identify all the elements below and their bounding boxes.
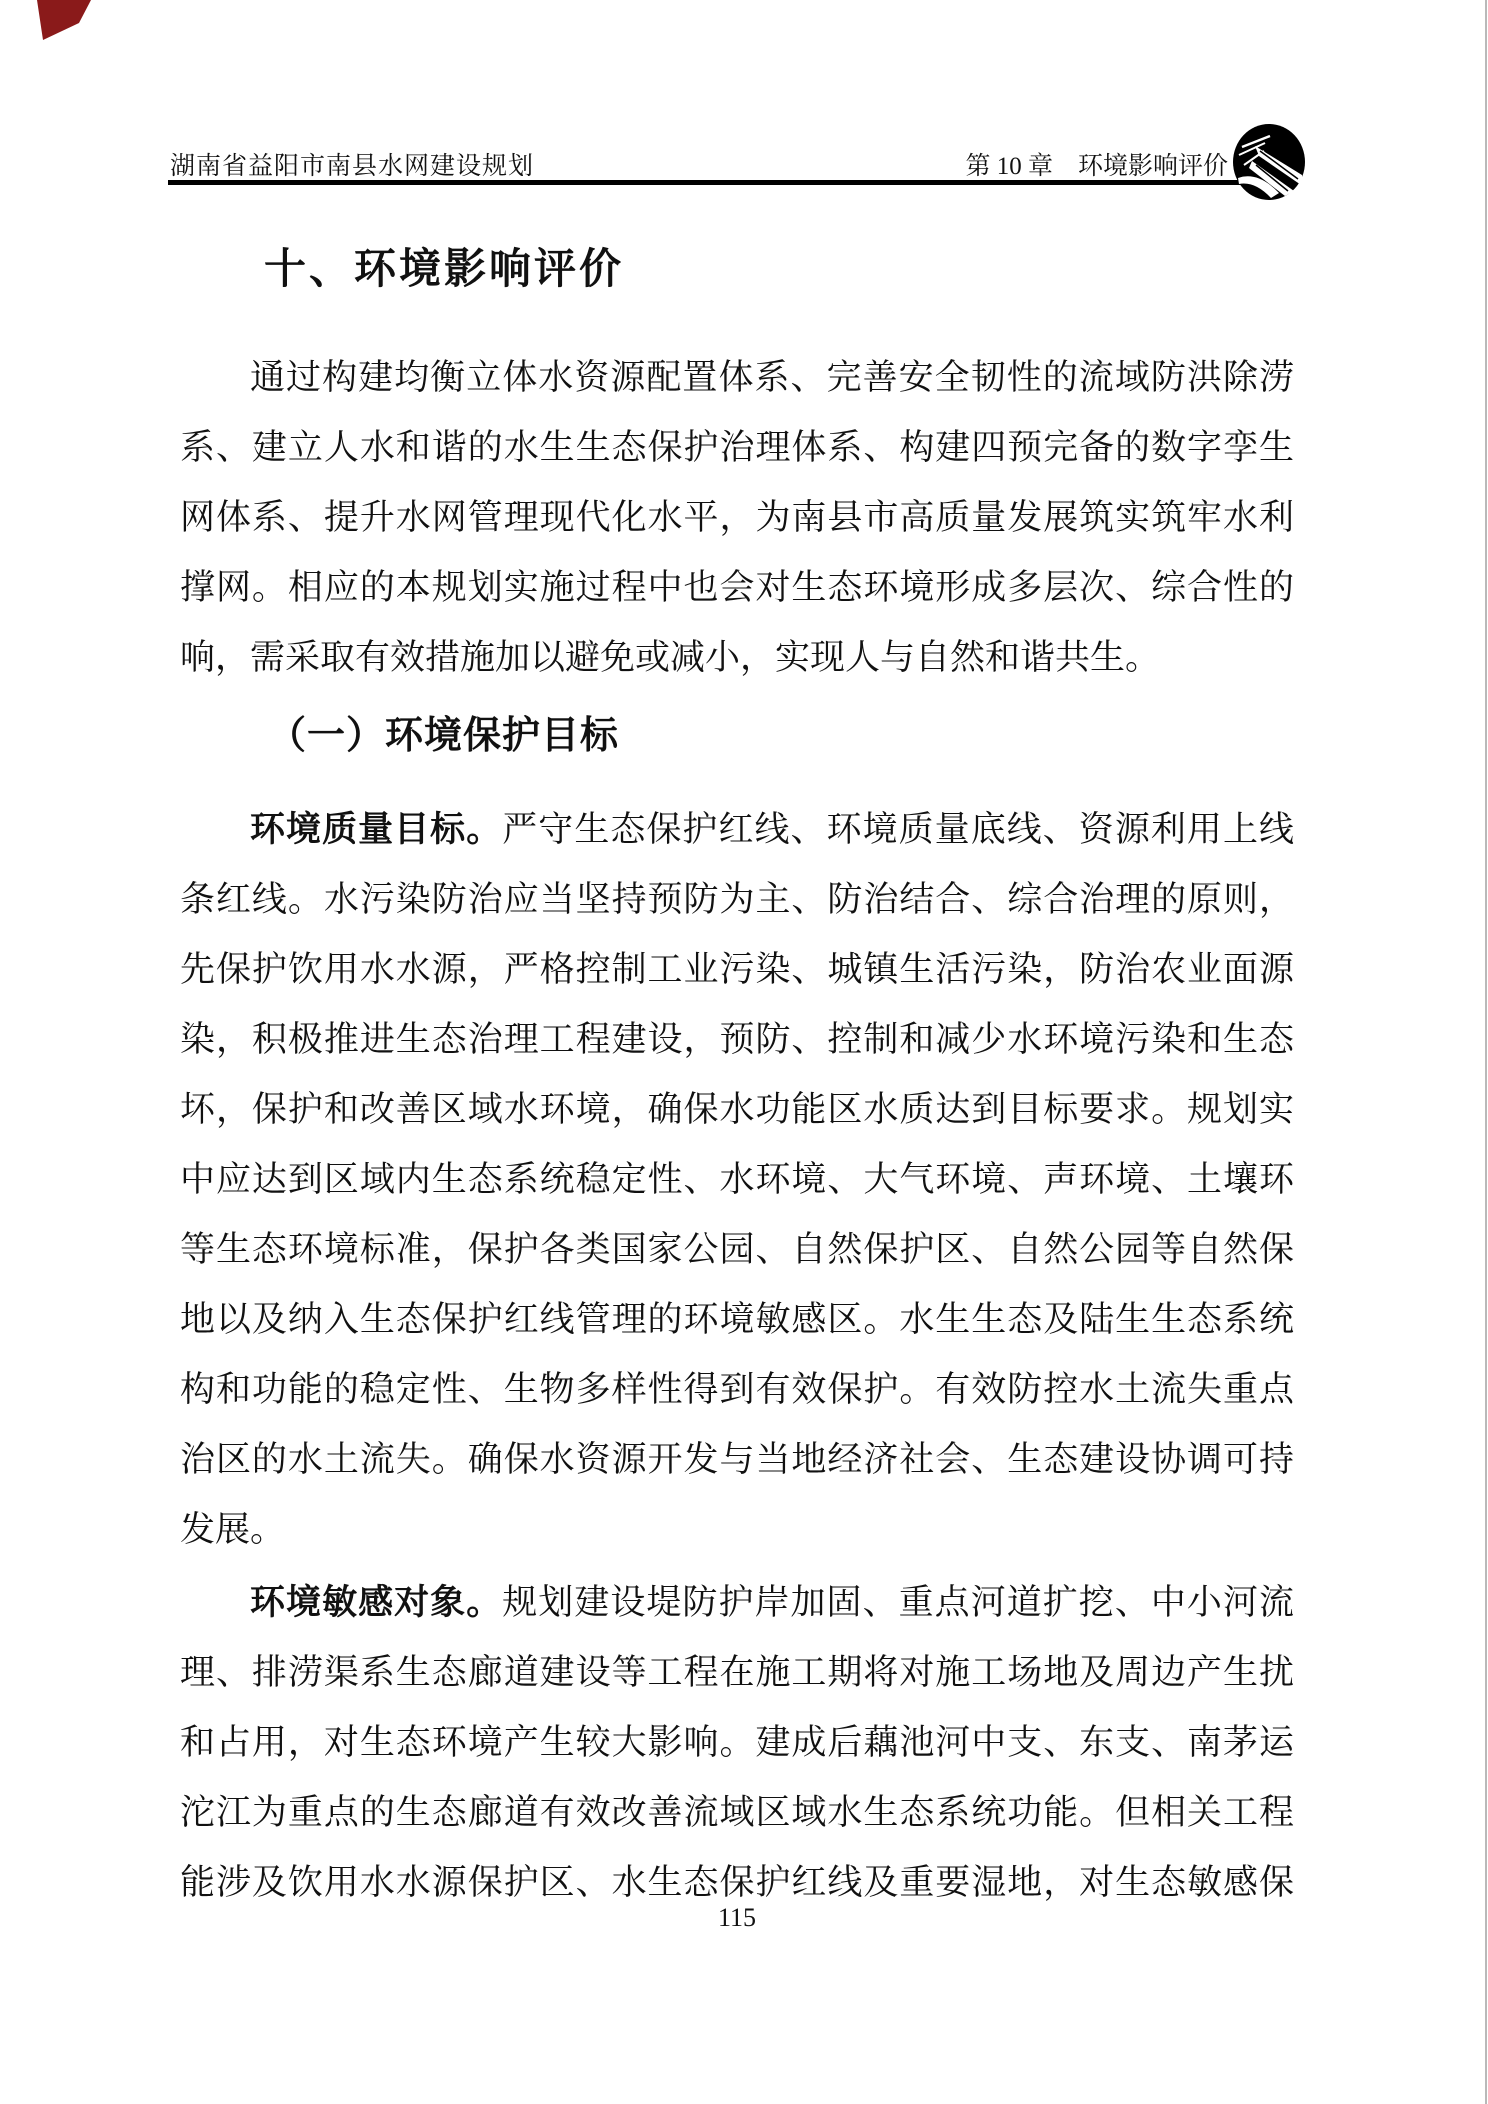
content: 十、环境影响评价通过构建均衡立体水资源配置体系、完善安全韧性的流域防洪除涝体系、… bbox=[180, 243, 1294, 1918]
paragraph: 通过构建均衡立体水资源配置体系、完善安全韧性的流域防洪除涝体系、建立人水和谐的水… bbox=[180, 343, 1294, 693]
paragraph: 环境敏感对象。规划建设堤防护岸加固、重点河道扩挖、中小河流治理、排涝渠系生态廊道… bbox=[180, 1568, 1294, 1918]
body-line: 中应达到区域内生态系统稳定性、水环境、大气环境、声环境、土壤环境 bbox=[180, 1145, 1294, 1215]
body-line: 治区的水土流失。确保水资源开发与当地经济社会、生态建设协调可持续 bbox=[180, 1425, 1294, 1495]
body-line: 条红线。水污染防治应当坚持预防为主、防治结合、综合治理的原则，优 bbox=[180, 865, 1294, 935]
page-number: 115 bbox=[180, 1903, 1294, 1933]
bold-lead: 环境敏感对象。 bbox=[250, 1583, 502, 1622]
road-logo-icon bbox=[1232, 123, 1306, 201]
body-line: 坏，保护和改善区域水环境，确保水功能区水质达到目标要求。规划实施 bbox=[180, 1075, 1294, 1145]
header-right-text: 第 10 章 环境影响评价 bbox=[0, 146, 1228, 182]
red-corner-mark-icon bbox=[33, 0, 95, 40]
body-line: 地以及纳入生态保护红线管理的环境敏感区。水生生态及陆生生态系统结 bbox=[180, 1285, 1294, 1355]
body-line: 理、排涝渠系生态廊道建设等工程在施工期将对施工场地及周边产生扰动 bbox=[180, 1638, 1294, 1708]
body-line: 等生态环境标准，保护各类国家公园、自然保护区、自然公园等自然保护 bbox=[180, 1215, 1294, 1285]
body-line: 发展。 bbox=[180, 1495, 1294, 1565]
section-heading: （一）环境保护目标 bbox=[268, 712, 1294, 760]
body-line: 环境敏感对象。规划建设堤防护岸加固、重点河道扩挖、中小河流治 bbox=[180, 1568, 1294, 1638]
body-line: 先保护饮用水水源，严格控制工业污染、城镇生活污染，防治农业面源污 bbox=[180, 935, 1294, 1005]
body-line: 环境质量目标。严守生态保护红线、环境质量底线、资源利用上线三 bbox=[180, 795, 1294, 865]
body-line: 通过构建均衡立体水资源配置体系、完善安全韧性的流域防洪除涝体 bbox=[180, 343, 1294, 413]
body-line: 网体系、提升水网管理现代化水平，为南县市高质量发展筑实筑牢水利支 bbox=[180, 483, 1294, 553]
body-line: 系、建立人水和谐的水生生态保护治理体系、构建四预完备的数字孪生水 bbox=[180, 413, 1294, 483]
document-page: 湖南省益阳市南县水网建设规划 第 10 章 环境影响评价 十、环境影响评价通过构… bbox=[0, 0, 1488, 2104]
body-line: 响，需采取有效措施加以避免或减小，实现人与自然和谐共生。 bbox=[180, 623, 1294, 693]
body-line: 和占用，对生态环境产生较大影响。建成后藕池河中支、东支、南茅运河、 bbox=[180, 1708, 1294, 1778]
body-line: 构和功能的稳定性、生物多样性得到有效保护。有效防控水土流失重点防 bbox=[180, 1355, 1294, 1425]
body-line: 沱江为重点的生态廊道有效改善流域区域水生态系统功能。但相关工程可 bbox=[180, 1778, 1294, 1848]
paragraph: 环境质量目标。严守生态保护红线、环境质量底线、资源利用上线三条红线。水污染防治应… bbox=[180, 795, 1294, 1565]
page-edge-line bbox=[1485, 0, 1487, 2104]
body-line: 撑网。相应的本规划实施过程中也会对生态环境形成多层次、综合性的影 bbox=[180, 553, 1294, 623]
body-line: 染，积极推进生态治理工程建设，预防、控制和减少水环境污染和生态破 bbox=[180, 1005, 1294, 1075]
document-title: 十、环境影响评价 bbox=[264, 243, 1294, 295]
header-rule bbox=[168, 180, 1276, 185]
bold-lead: 环境质量目标。 bbox=[250, 810, 502, 849]
